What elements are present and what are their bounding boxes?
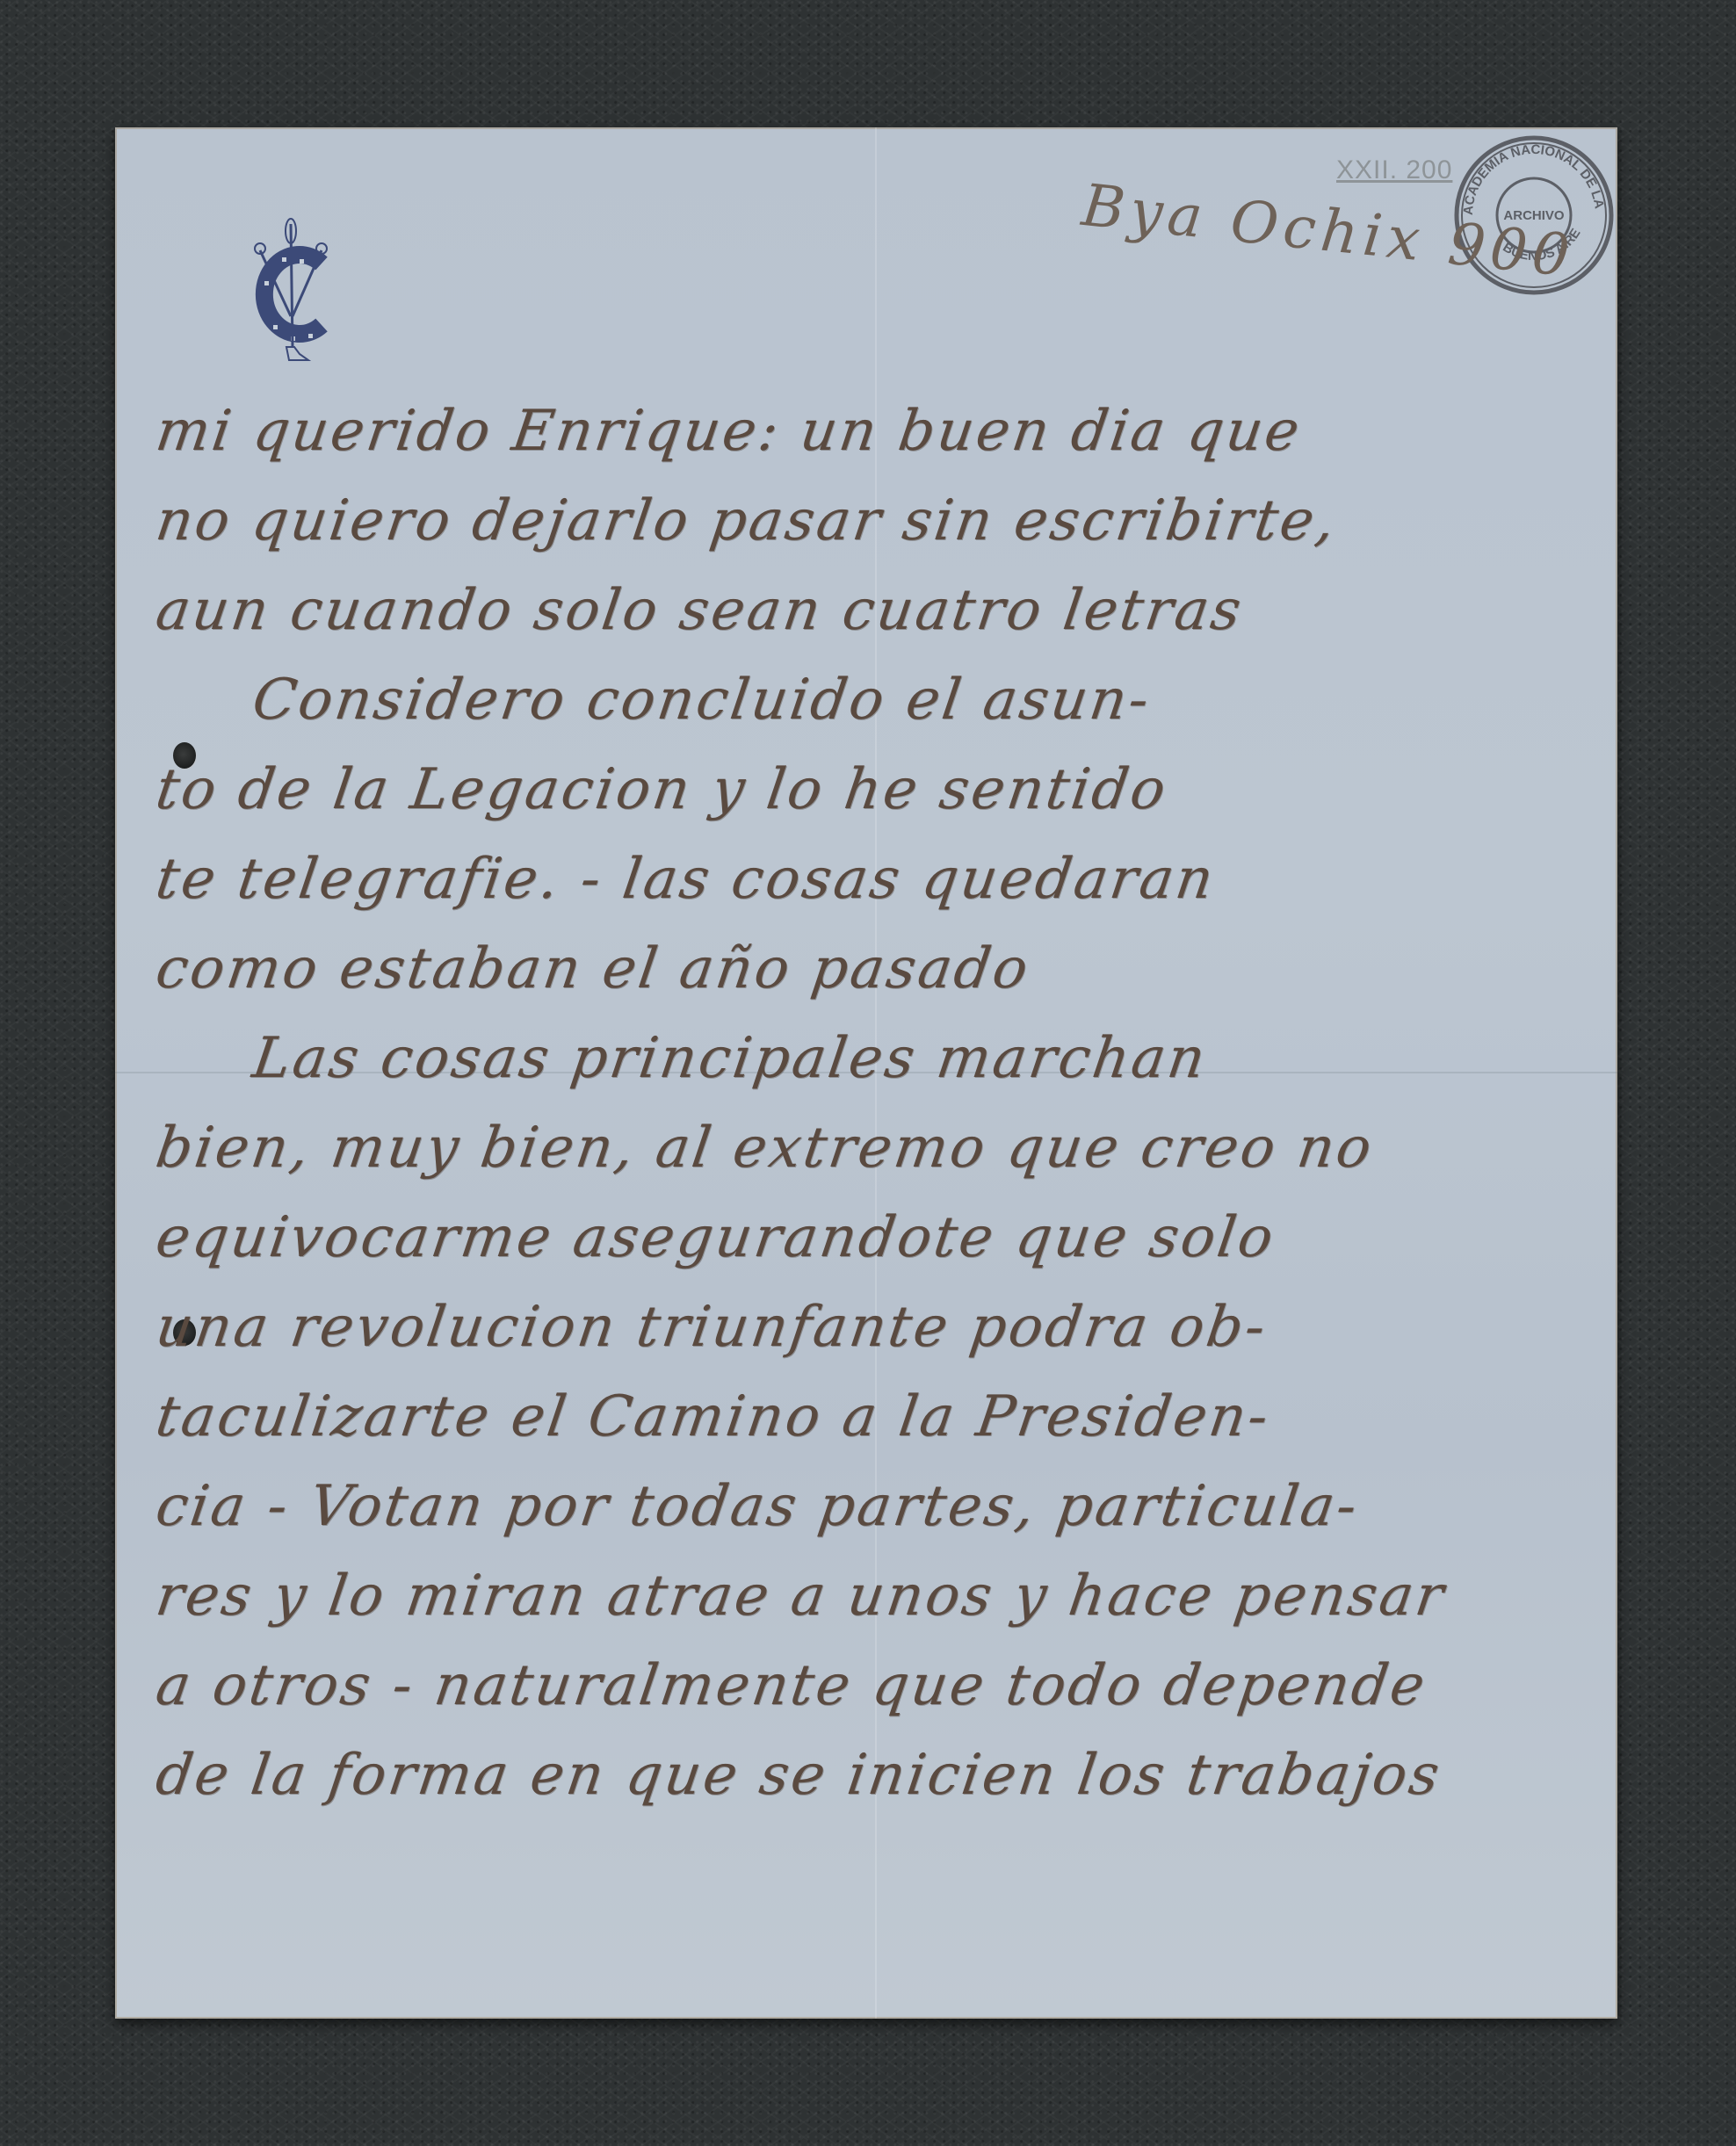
handwritten-line: cia - Votan por todas partes, particula- [150,1462,1603,1551]
handwritten-line: a otros - naturalmente que todo depende [150,1641,1603,1731]
handwritten-line: Las cosas principales marchan [150,1014,1603,1103]
handwritten-line: de la forma en que se inicien los trabaj… [150,1731,1603,1820]
letter-body: mi querido Enrique: un buen dia que no q… [150,387,1591,1820]
handwritten-line: no quiero dejarlo pasar sin escribirte, [150,476,1603,566]
stamp-top-text: ACADEMIA NACIONAL DE LA HISTORIA [1450,132,1607,215]
handwritten-line: como estaban el año pasado [150,924,1603,1014]
handwritten-line: taculizarte el Camino a la Presiden- [150,1372,1603,1462]
handwritten-line: te telegrafie. - las cosas quedaran [150,835,1603,924]
handwritten-line: to de la Legacion y lo he sentido [150,745,1603,835]
handwritten-line: mi querido Enrique: un buen dia que [150,387,1603,476]
handwritten-line: equivocarme asegurandote que solo [150,1193,1603,1283]
handwritten-line: bien, muy bien, al extremo que creo no [150,1103,1603,1193]
handwritten-line: aun cuando solo sean cuatro letras [150,566,1603,655]
cv-monogram-icon [238,215,344,365]
svg-text:ACADEMIA NACIONAL DE LA HISTOR: ACADEMIA NACIONAL DE LA HISTORIA [1450,132,1607,215]
archive-reference-number: XXII. 200 [1336,155,1452,185]
handwritten-line: Considero concluido el asun- [150,655,1603,745]
handwritten-line: res y lo miran atrae a unos y hace pensa… [150,1551,1603,1641]
handwritten-line: una revolucion triunfante podra ob- [150,1283,1603,1372]
letter-sheet: XXII. 200 ACADEMIA NACIONAL DE LA HISTOR… [115,127,1617,2019]
